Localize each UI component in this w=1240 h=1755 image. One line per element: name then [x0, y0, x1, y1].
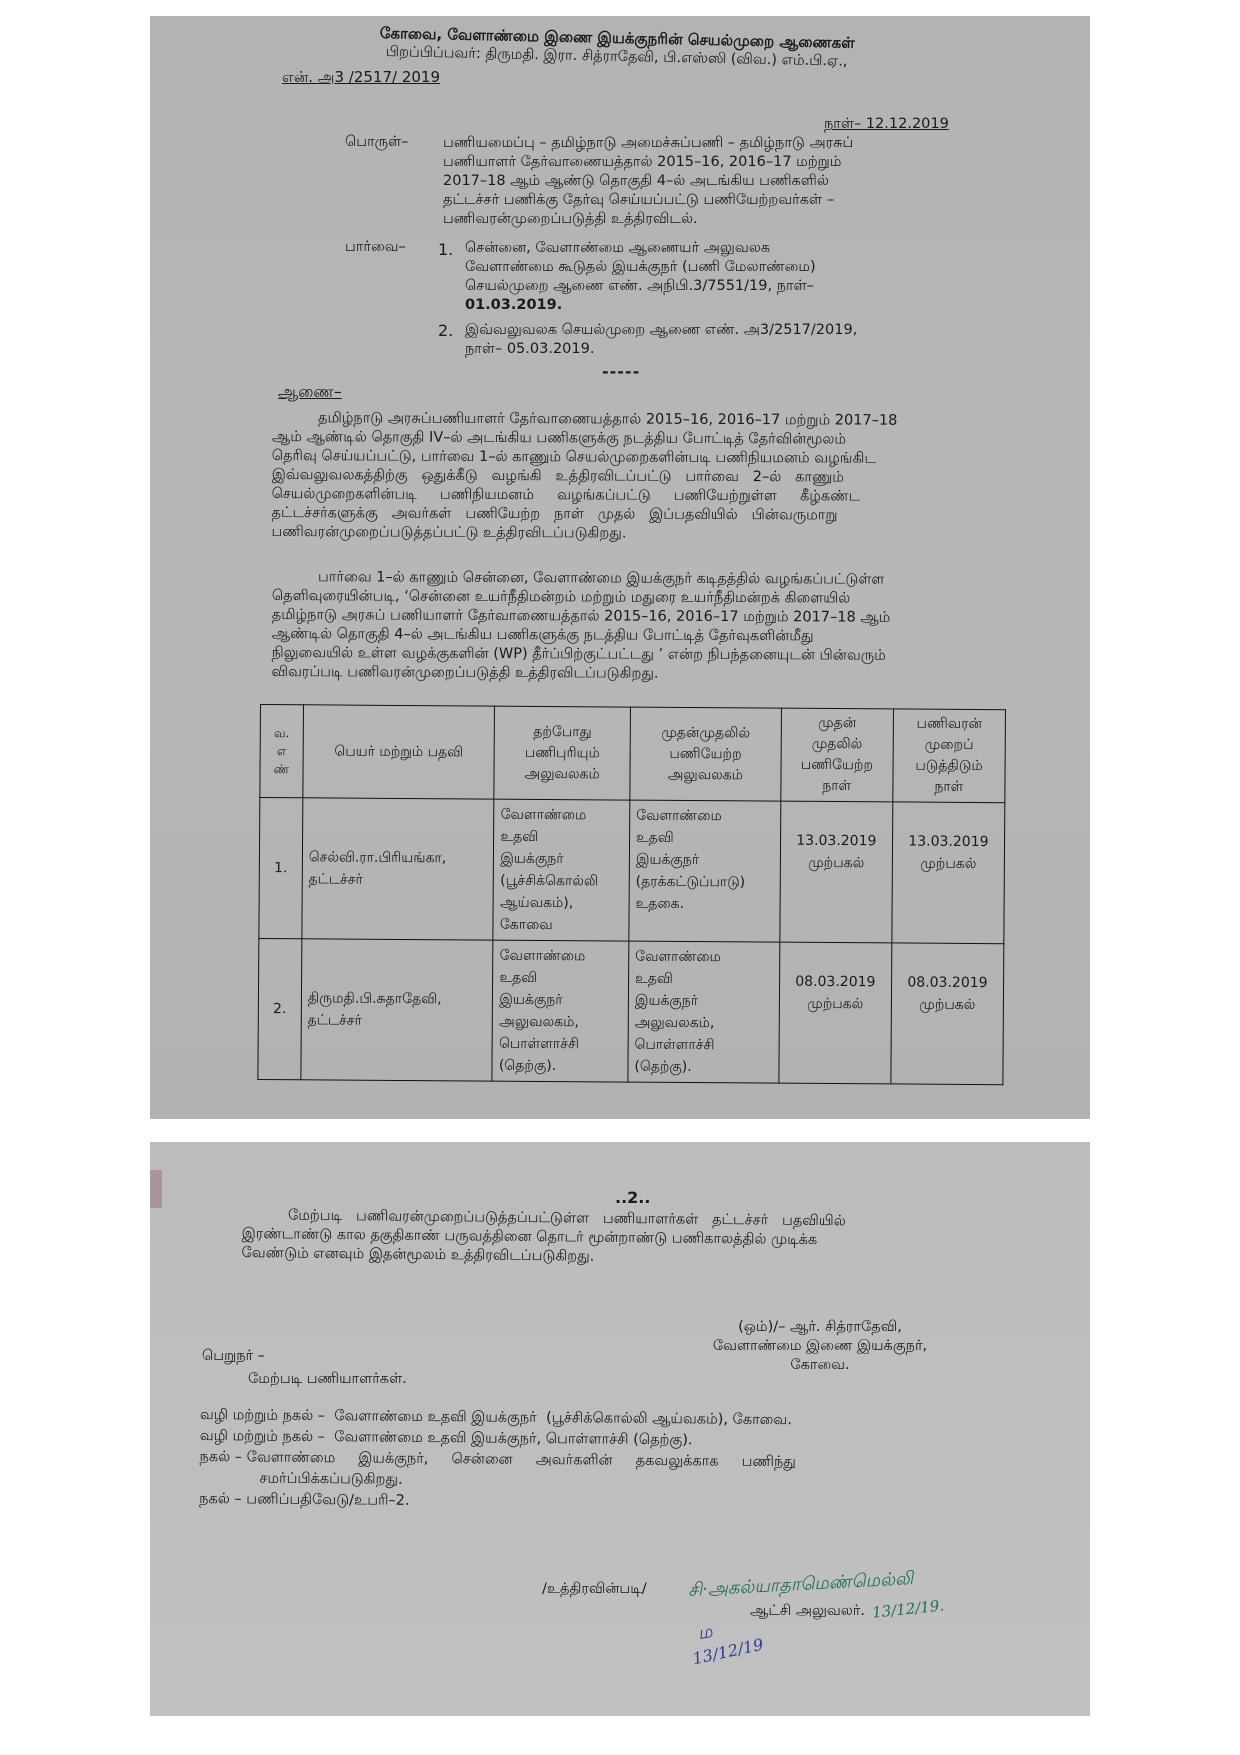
- order-paragraph-2: பார்வை 1–ல் காணும் சென்னை, வேளாண்மை இயக்…: [272, 568, 1017, 685]
- signatory-block: (ஒம்)/– ஆர். சித்ராதேவி, வேளாண்மை இணை இய…: [705, 1318, 935, 1375]
- reference-1-number: 1.: [438, 240, 453, 259]
- reference-label: பார்வை–: [345, 239, 406, 257]
- handwritten-signature: சி·அகல்யாதாமெண்மெல்லி: [688, 1568, 914, 1603]
- continuation-paragraph: மேற்படி பணிவரன்முறைப்படுத்தப்பட்டுள்ள பண…: [241, 1206, 982, 1271]
- paper-stain: [150, 1170, 162, 1208]
- separator: -----: [602, 362, 640, 381]
- table-header-row: வ.எண் பெயர் மற்றும் பதவி தற்போதுபணிபுரிய…: [260, 705, 1006, 803]
- header-regularisation-date: பணிவரன்முறைப்படுத்திடும்நாள்: [893, 709, 1006, 803]
- header-serial: வ.எண்: [260, 705, 303, 798]
- reference-number: என். அ3 /2517/ 2019: [282, 68, 440, 88]
- cell-current-office: வேளாண்மைஉதவிஇயக்குநர்(பூச்சிக்கொல்லிஆய்வ…: [493, 799, 630, 941]
- recipient: மேற்படி பணியாளர்கள்.: [248, 1370, 407, 1389]
- reference-2-number: 2.: [438, 321, 453, 340]
- copy-to-list: வழி மற்றும் நகல் – வேளாண்மை உதவி இயக்குந…: [199, 1405, 970, 1517]
- by-order: /உத்திரவின்படி/: [542, 1580, 647, 1599]
- document-page-1: கோவை, வேளாண்மை இணை இயக்குநரின் செயல்முறை…: [150, 16, 1090, 1119]
- signature-date: 13/12/19.: [871, 1596, 945, 1621]
- order-date: நாள்– 12.12.2019: [824, 116, 949, 134]
- cell-first-join-date: 08.03.2019முற்பகல்: [779, 942, 892, 1084]
- cell-name: திருமதி.பி.சுதாதேவி,தட்டச்சர்: [301, 939, 494, 1081]
- cell-serial: 1.: [259, 798, 303, 939]
- order-label: ஆணை–: [278, 382, 342, 403]
- reference-2-text: இவ்வலுவலக செயல்முறை ஆணை எண். அ3/2517/201…: [465, 321, 925, 359]
- page-number: ..2..: [615, 1188, 650, 1207]
- table-row: 1. செல்வி.ரா.பிரியங்கா,தட்டச்சர் வேளாண்ம…: [259, 798, 1005, 944]
- header-first-join-date: முதன்முதலில்பணியேற்றநாள்: [781, 708, 894, 802]
- header-name-designation: பெயர் மற்றும் பதவி: [303, 705, 495, 799]
- subject-text: பணியமைப்பு – தமிழ்நாடு அமைச்சுப்பணி – தம…: [443, 134, 893, 229]
- cell-first-office: வேளாண்மைஉதவிஇயக்குநர்அலுவலகம்,பொள்ளாச்சி…: [628, 941, 780, 1083]
- cell-regularisation-date: 08.03.2019முற்பகல்: [891, 943, 1004, 1085]
- header-current-office: தற்போதுபணிபுரியும்அலுவலகம்: [494, 706, 630, 800]
- cell-serial: 2.: [258, 938, 302, 1079]
- officer-title: ஆட்சி அலுவலர்.: [750, 1602, 865, 1621]
- table-row: 2. திருமதி.பி.சுதாதேவி,தட்டச்சர் வேளாண்ம…: [258, 938, 1004, 1084]
- regularisation-table: வ.எண் பெயர் மற்றும் பதவி தற்போதுபணிபுரிய…: [257, 704, 1006, 1085]
- subject-label: பொருள்–: [345, 134, 408, 152]
- recipient-label: பெறுநர் –: [202, 1347, 265, 1366]
- cell-first-office: வேளாண்மைஉதவிஇயக்குநர்(தரக்கட்டுப்பாடு)உத…: [629, 800, 781, 942]
- cell-first-join-date: 13.03.2019முற்பகல்: [780, 801, 893, 943]
- handwritten-initial: ம: [696, 1621, 714, 1646]
- cell-current-office: வேளாண்மைஉதவிஇயக்குநர்அலுவலகம்,பொள்ளாச்சி…: [492, 940, 629, 1082]
- header-first-office: முதன்முதலில்பணியேற்றஅலுவலகம்: [630, 707, 781, 801]
- order-paragraph-1: தமிழ்நாடு அரசுப்பணியாளர் தேர்வாணையத்தால்…: [271, 409, 1017, 545]
- cell-regularisation-date: 13.03.2019முற்பகல்: [892, 802, 1005, 944]
- cell-name: செல்வி.ரா.பிரியங்கா,தட்டச்சர்: [302, 798, 495, 940]
- reference-1-text: சென்னை, வேளாண்மை ஆணையர் அலுவலக வேளாண்மை …: [465, 239, 925, 315]
- document-page-2: ..2.. மேற்படி பணிவரன்முறைப்படுத்தப்பட்டு…: [150, 1142, 1090, 1716]
